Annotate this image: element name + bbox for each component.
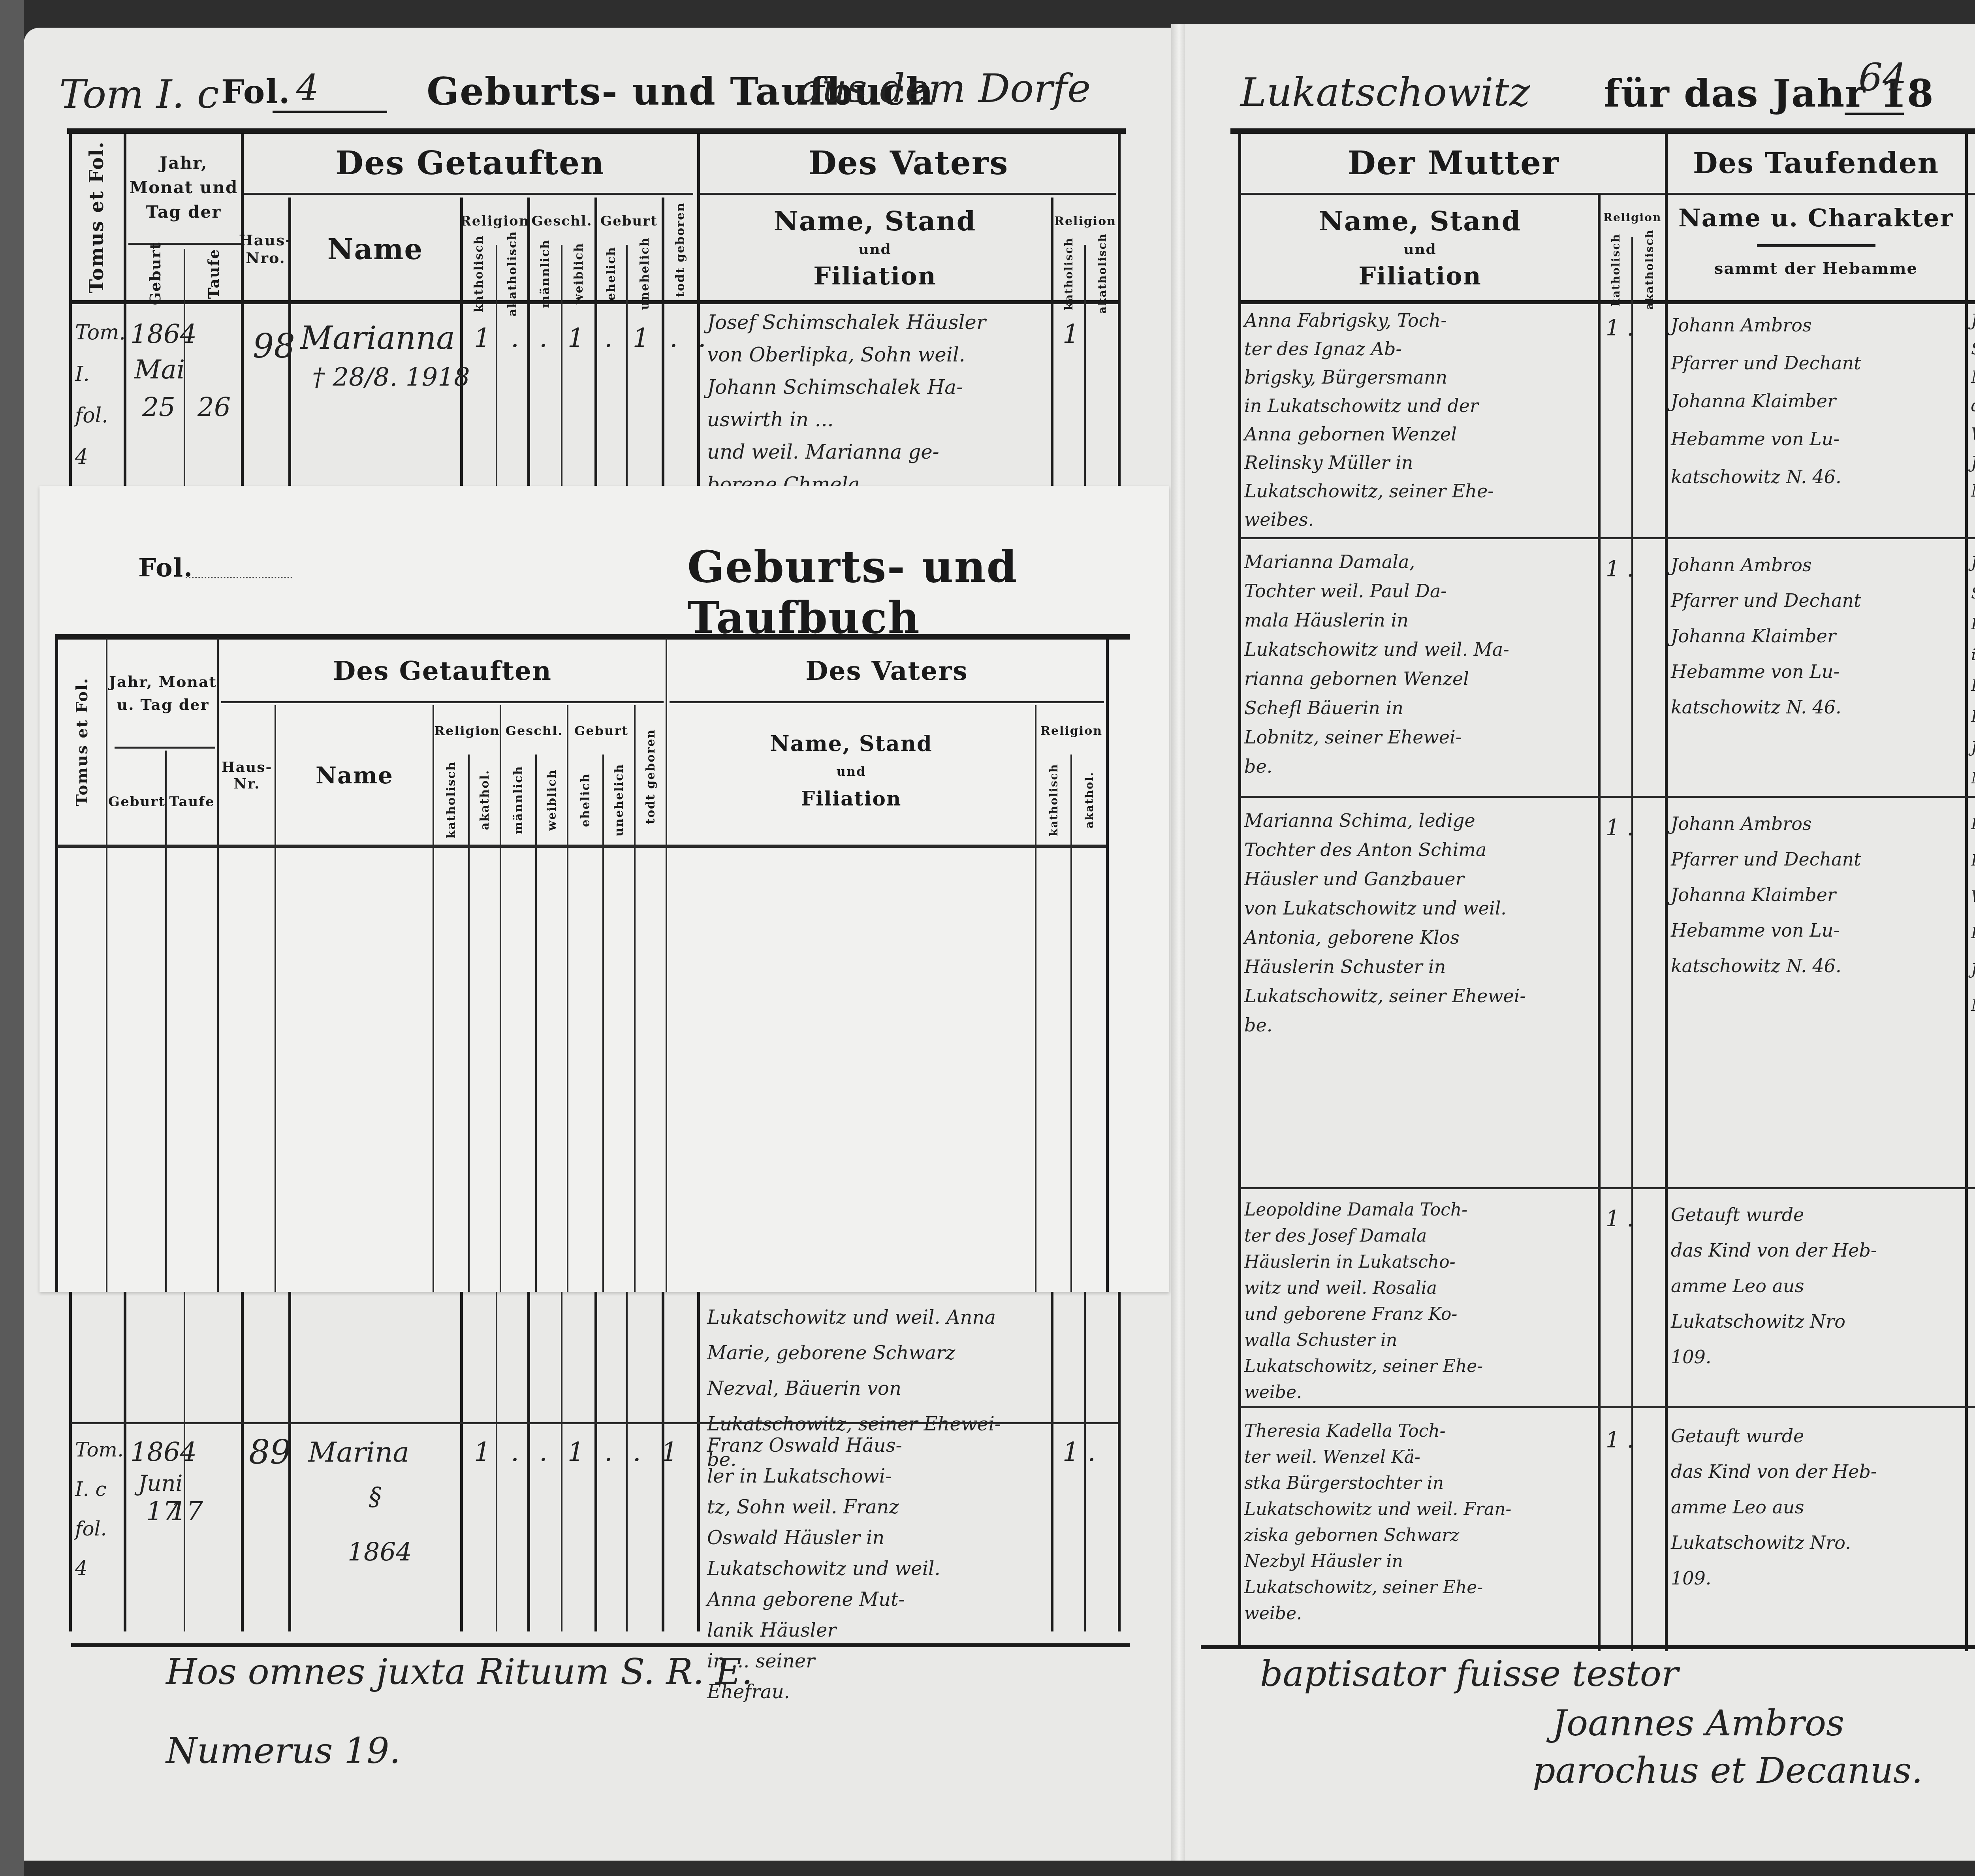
r-entry5-baptizer: Getauft wurde das Kind von der Heb- amme… [1671, 1418, 1963, 1596]
hdr-vater-akath: akatholisch [1086, 247, 1118, 300]
hdr-mutter-name-stand: Name, Stand und Filiation [1242, 198, 1598, 300]
entry2-tomus: Tom. I. c fol. 4 [75, 1430, 122, 1588]
left-date-rule [128, 243, 243, 245]
fol-underline [273, 111, 387, 113]
hdr-geburt-status: Geburt [596, 199, 662, 243]
year-handwritten: 64 [1858, 55, 1907, 100]
r-entry3-baptizer: Johann Ambros Pfarrer und Dechant Johann… [1671, 806, 1963, 984]
ov-hdr-vater-akath: akathol. [1072, 756, 1106, 843]
entry1-baptism-day: 26 [197, 385, 231, 429]
entry2-father: Franz Oswald Häus- ler in Lukatschowi- t… [707, 1430, 1047, 1707]
ov-hdr-todt: todt geboren [636, 709, 666, 843]
ov-hdr-akathol: akathol. [470, 756, 500, 843]
hdr-charakter: Name u. Charakter sammt der Hebamme [1667, 198, 1965, 300]
hdr-haus-nro: Haus-Nro. [243, 198, 288, 300]
r-entry2-baptizer: Johann Ambros Pfarrer und Dechant Johann… [1671, 547, 1963, 725]
book-cover-left-edge [0, 0, 24, 1876]
hdr-name: Name [290, 198, 460, 300]
hdr-mutter-kath: katholisch [1600, 239, 1631, 300]
ov-col-div [433, 705, 434, 1292]
ov-col-div [535, 755, 537, 1292]
overlay-rule-getauften [221, 701, 664, 703]
hdr-vater-kath: katholisch [1053, 247, 1084, 300]
hdr-akatholisch: akatholisch [498, 247, 527, 300]
decorative-rule [1757, 244, 1875, 247]
r-entry3-godparent-name: Franz Hogen Leopoldine Maleyka Wittwe un… [1971, 806, 1975, 1024]
right-table-left-border [1238, 132, 1241, 1649]
hdr-pathen: Der Pathen [1967, 134, 1975, 192]
ov-hdr-unehelich: unehelich [604, 756, 634, 843]
entry2-death-note: § 1864 [348, 1470, 403, 1580]
col-div [1665, 132, 1668, 1651]
hdr-taufenden: Des Taufenden [1667, 134, 1965, 192]
book-spine [1171, 24, 1187, 1861]
hdr-tomus: Tomus et Fol. [71, 134, 122, 300]
left-subheader-rule-vaters [697, 193, 1116, 195]
place-name-handwritten: Lukatschowitz [1240, 69, 1530, 115]
r-entry1-mother: Anna Fabrigsky, Toch- ter des Ignaz Ab- … [1244, 306, 1592, 534]
entry2-house-no: 89 [249, 1430, 291, 1474]
ov-hdr-getauften: Des Getauften [219, 642, 666, 699]
tomus-handwritten: Tom I. c [59, 71, 219, 117]
entry-separator [1240, 1187, 1975, 1189]
overlay-book-title: Geburts- und Taufbuch [687, 541, 1169, 643]
ov-col-div [1035, 705, 1036, 1292]
entry1-father-religion: 1 [1063, 312, 1079, 356]
ov-col-div [1070, 755, 1072, 1292]
r-entry5-religion: 1 . [1606, 1418, 1634, 1462]
overlay-form-sheet: Fol. Geburts- und Taufbuch Tomus et Fol.… [39, 486, 1169, 1292]
r-entry1-religion: 1 . [1606, 306, 1634, 350]
ov-hdr-vater-kath: katholisch [1037, 756, 1070, 843]
hdr-mutter: Der Mutter [1242, 134, 1665, 192]
r-entry4-baptizer: Getauft wurde das Kind von der Heb- amme… [1671, 1197, 1963, 1375]
fol-label: Fol. [221, 73, 291, 111]
hdr-vaters: Des Vaters [699, 134, 1118, 192]
hdr-katholisch: katholisch [462, 247, 496, 300]
ov-hdr-geburt-status: Geburt [569, 709, 634, 753]
ov-hdr-date-group: Jahr, Monat u. Tag der [109, 644, 217, 743]
ov-col-div [500, 705, 501, 1292]
signature-name: Joannes Ambros [1552, 1703, 1844, 1744]
ov-col-div [106, 638, 107, 1292]
r-entry4-mother: Leopoldine Damala Toch- ter des Josef Da… [1244, 1197, 1592, 1406]
entry2-father-religion: 1 . [1063, 1430, 1096, 1474]
left-table-top-rule [67, 128, 1126, 134]
entry-separator [1240, 796, 1975, 798]
r-entry2-mother: Marianna Damala, Tochter weil. Paul Da- … [1244, 547, 1592, 781]
ov-col-div [567, 705, 568, 1292]
r-entry2-godparent-name: Johann Spiegelhauer Häusler in Oberlipka… [1971, 547, 1975, 794]
entry1-name: Marianna [300, 316, 455, 360]
place-prefix: aus dem Dorfe [798, 65, 1091, 111]
entry1-tomus: Tom. I. fol. 4 [75, 312, 122, 478]
entry-separator [1240, 1406, 1975, 1408]
hdr-geburt: Geburt [126, 247, 184, 300]
ov-hdr-katholisch: katholisch [434, 756, 468, 843]
signature-title: parochus et Decanus. [1533, 1750, 1923, 1791]
right-header-bottom-rule [1240, 300, 1975, 304]
ov-col-div [275, 705, 276, 1292]
hdr-taufe: Taufe [186, 247, 241, 300]
ov-hdr-religion: Religion [434, 709, 500, 753]
right-table-top-rule [1230, 128, 1975, 134]
right-subheader-rule [1240, 193, 1975, 195]
ov-hdr-haus: Haus-Nr. [219, 707, 275, 843]
overlay-left-border [55, 638, 58, 1292]
entry1-death-note: † 28/8. 1918 [312, 356, 470, 400]
col-div [1598, 194, 1601, 1651]
hdr-maennlich: männlich [529, 247, 561, 300]
entry1-marks: 1 . . 1 . 1 . . [474, 316, 706, 360]
col-div [1965, 132, 1968, 1651]
closing-number-left: Numerus 19. [166, 1730, 401, 1772]
r-entry4-religion: 1 . [1606, 1197, 1634, 1241]
ov-hdr-weiblich: weiblich [537, 756, 567, 843]
overlay-fol-label: Fol. [138, 553, 193, 583]
ov-col-div [468, 755, 470, 1292]
ov-hdr-geschl: Geschl. [502, 709, 567, 753]
ov-hdr-tomus: Tomus et Fol. [59, 640, 105, 843]
hdr-unehelich: unehelich [628, 247, 662, 300]
right-table-bottom-rule [1201, 1645, 1975, 1649]
entry2-name: Marina [308, 1430, 409, 1474]
ov-hdr-ehelich: ehelich [569, 756, 602, 843]
ov-col-div [602, 755, 604, 1292]
entry2-baptism-day: 17 [170, 1489, 203, 1534]
overlay-right-border [1106, 638, 1109, 1292]
overlay-rule-vaters [670, 701, 1104, 703]
ov-hdr-name: Name [276, 707, 433, 843]
hdr-date-group: Jahr, Monat und Tag der [126, 136, 241, 239]
r-entry1-baptizer: Johann Ambros Pfarrer und Dechant Johann… [1671, 306, 1963, 496]
entry2-marks: 1 . . 1 . . 1 [474, 1430, 678, 1474]
ov-hdr-vater-name: Name, Stand und Filiation [668, 707, 1035, 843]
ov-hdr-maennlich: männlich [502, 756, 535, 843]
ov-hdr-taufe: Taufe [167, 762, 217, 841]
hdr-geschl: Geschl. [529, 199, 594, 243]
entry1-house-no: 98 [253, 324, 295, 368]
ov-col-div [634, 705, 636, 1292]
overlay-fol-dots [186, 577, 292, 578]
entry1-birth-day: 25 [142, 385, 175, 429]
closing-note-left: Hos omnes juxta Rituum S. R. E. [166, 1651, 753, 1693]
ov-hdr-geburt: Geburt [109, 762, 165, 841]
hdr-ehelich: ehelich [596, 247, 626, 300]
year-underline [1845, 113, 1904, 115]
r-entry3-mother: Marianna Schima, ledige Tochter des Anto… [1244, 806, 1592, 1040]
entry-separator [1240, 537, 1975, 539]
left-table-bottom-rule [71, 1643, 1130, 1647]
hdr-pathen-name: Name [1967, 198, 1975, 300]
left-subheader-rule-getauften [243, 193, 693, 195]
r-entry2-religion: 1 . [1606, 547, 1634, 591]
r-entry1-godparent-name: Johann Spiela Marianna des Johann Wittwe… [1971, 306, 1975, 505]
ov-hdr-vater-religion: Religion [1037, 709, 1106, 753]
r-entry5-mother: Theresia Kadella Toch- ter weil. Wenzel … [1244, 1418, 1592, 1627]
overlay-top-rule [55, 634, 1130, 640]
ov-hdr-vaters: Des Vaters [668, 642, 1106, 699]
closing-note-right: baptisator fuisse testor [1260, 1653, 1678, 1695]
fol-value: 4 [296, 67, 319, 109]
hdr-mutter-akath: akatholisch [1633, 239, 1665, 300]
ov-col-div [217, 638, 219, 1292]
hdr-getauften: Des Getauften [243, 134, 697, 192]
entry-separator [71, 1422, 1118, 1424]
r-entry3-religion: 1 . [1606, 806, 1634, 850]
hdr-todt-geboren: todt geboren [664, 199, 697, 300]
overlay-header-bottom [57, 845, 1106, 848]
ov-col-div [666, 638, 667, 1292]
hdr-weiblich: weiblich [563, 247, 594, 300]
hdr-vater-name-stand: Name, Stand und Filiation [699, 198, 1051, 300]
overlay-rule-date [115, 747, 215, 749]
